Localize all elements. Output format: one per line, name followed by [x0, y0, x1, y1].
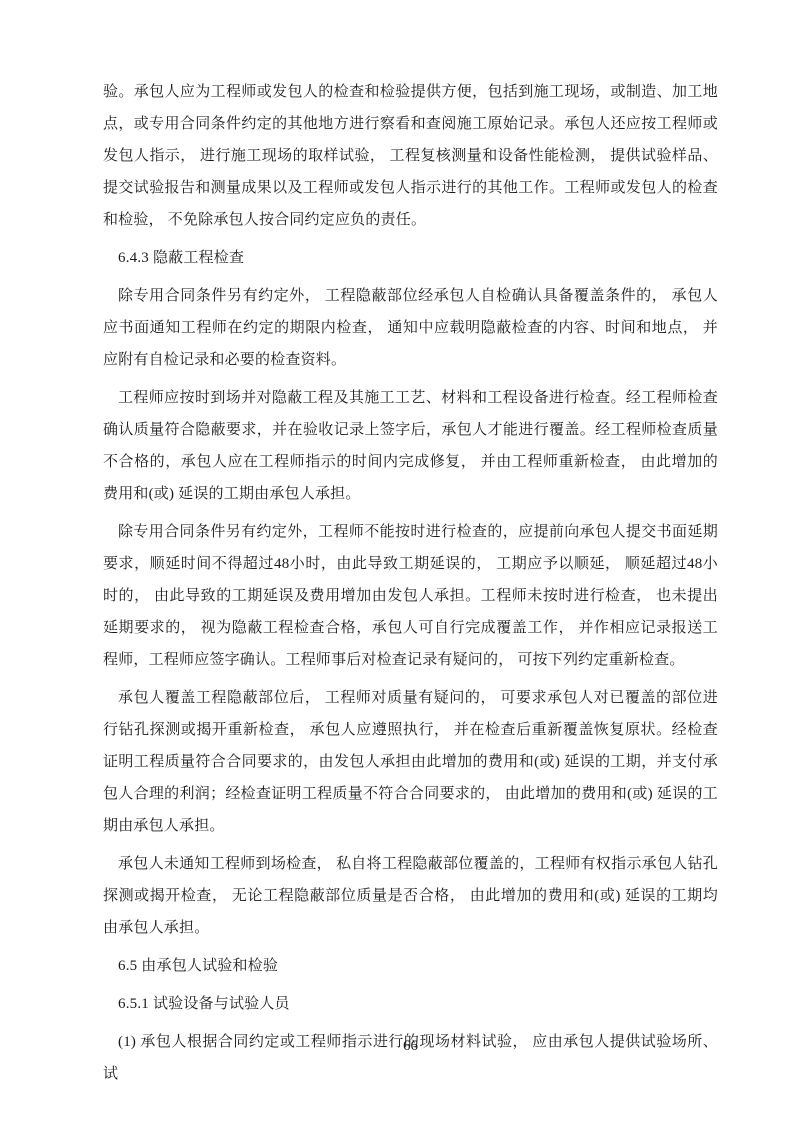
document-page: 验。承包人应为工程师或发包人的检查和检验提供方便，包括到施工现场，或制造、加工地…: [0, 0, 793, 1122]
paragraph-recheck-covered-parts: 承包人覆盖工程隐蔽部位后， 工程师对质量有疑问的， 可要求承包人对已覆盖的部位进…: [103, 682, 718, 842]
heading-6-5-contractor-tests: 6.5 由承包人试验和检验: [103, 950, 718, 982]
heading-6-4-3-hidden-works-inspection: 6.4.3 隐蔽工程检查: [103, 242, 718, 274]
page-number: 66: [103, 1036, 718, 1056]
paragraph-engineer-onsite-check: 工程师应按时到场并对隐蔽工程及其施工工艺、材料和工程设备进行检查。经工程师检查确…: [103, 382, 718, 510]
heading-6-5-1-test-equipment-personnel: 6.5.1 试验设备与试验人员: [103, 988, 718, 1020]
paragraph-inspection-convenience: 验。承包人应为工程师或发包人的检查和检验提供方便，包括到施工现场，或制造、加工地…: [103, 76, 718, 236]
paragraph-unnotified-covering: 承包人未通知工程师到场检查， 私自将工程隐蔽部位覆盖的，工程师有权指示承包人钻孔…: [103, 848, 718, 944]
paragraph-engineer-delay-48h: 除专用合同条件另有约定外，工程师不能按时进行检查的，应提前向承包人提交书面延期要…: [103, 516, 718, 676]
paragraph-covering-notice: 除专用合同条件另有约定外， 工程隐蔽部位经承包人自检确认具备覆盖条件的， 承包人…: [103, 280, 718, 376]
